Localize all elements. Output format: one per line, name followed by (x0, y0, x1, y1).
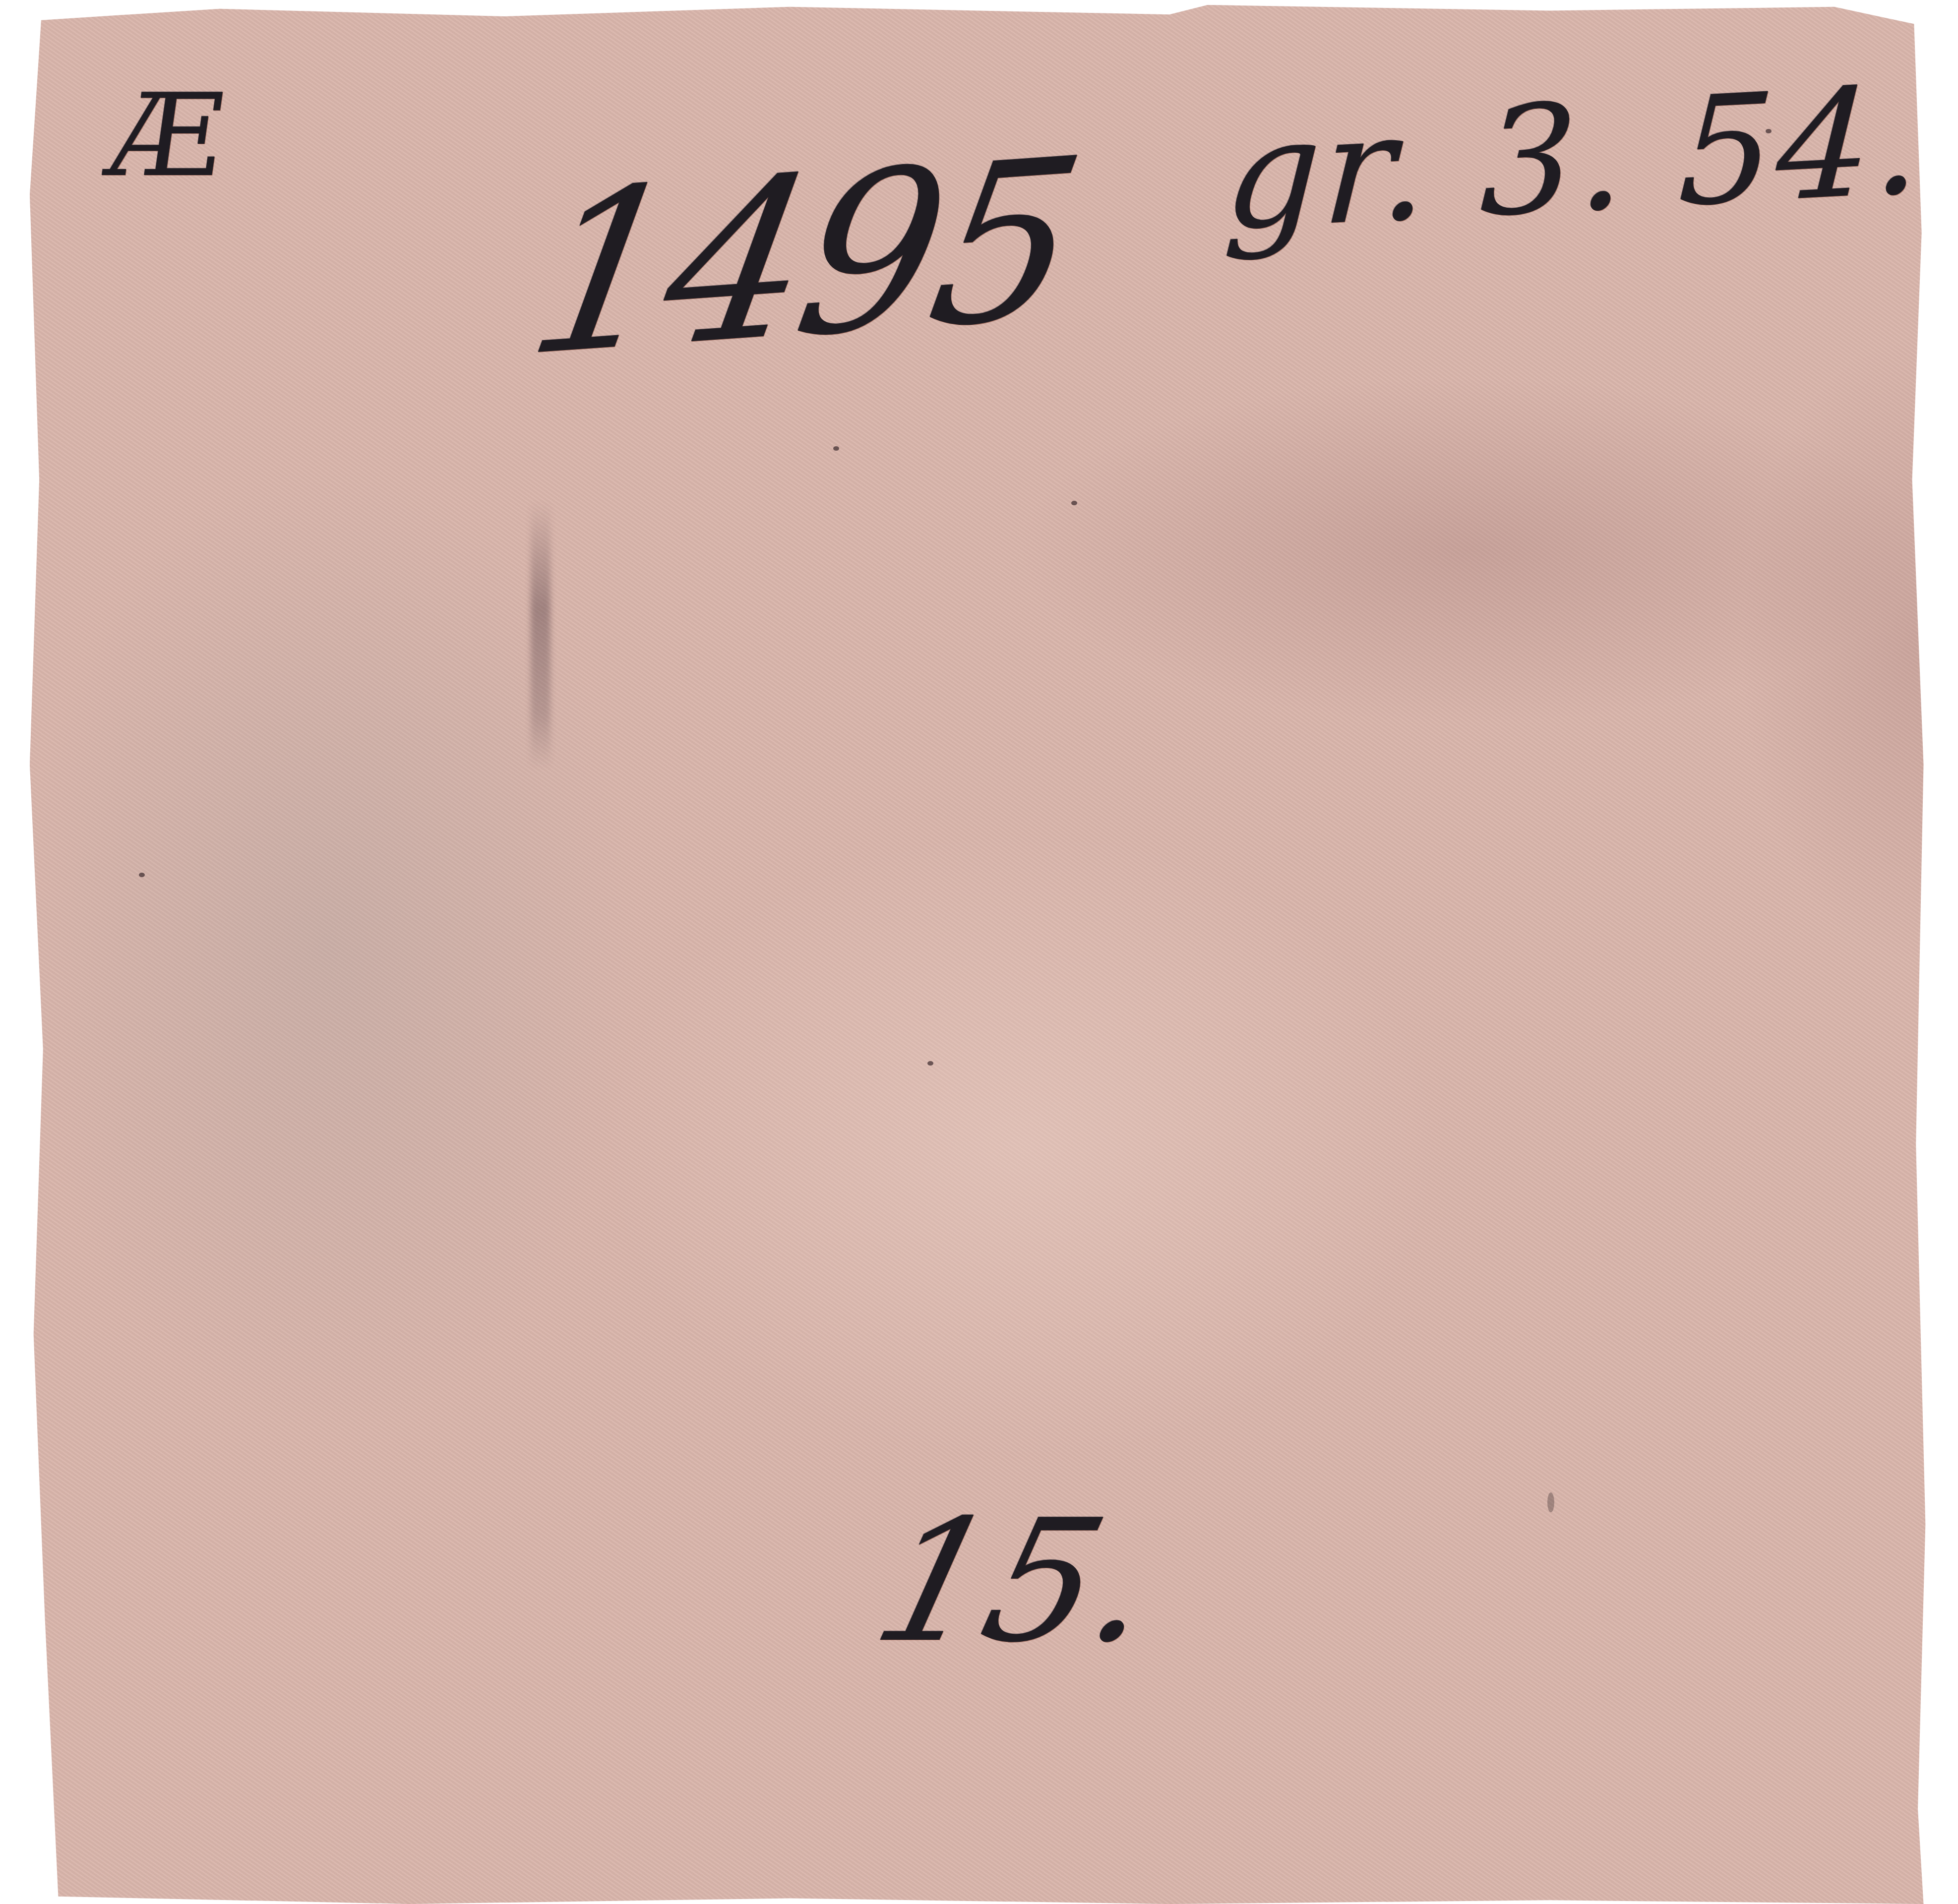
weight-label-text: gr. 3. 54. (1222, 65, 1929, 251)
ink-speck (833, 446, 839, 451)
catalog-number-text: 1495 (517, 128, 1090, 387)
metal-mark-text: Æ (101, 79, 232, 193)
ink-speck (1547, 1492, 1554, 1512)
ink-stain (531, 501, 551, 769)
ink-speck (139, 873, 145, 877)
photo-scene: Æ 1495 gr. 3. 54. 15. (0, 0, 1958, 1904)
ink-speck (1071, 501, 1077, 505)
bottom-number-text: 15. (862, 1497, 1172, 1666)
ink-speck (927, 1061, 933, 1066)
